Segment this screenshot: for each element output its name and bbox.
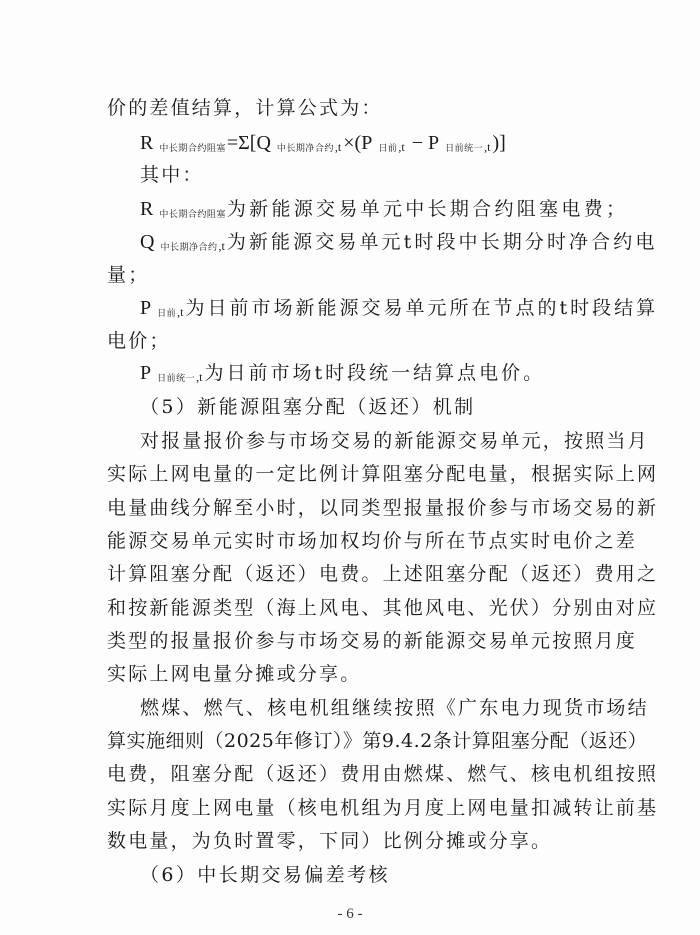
formula-symbol-p: P (361, 132, 372, 154)
definition-symbol: P (140, 297, 151, 319)
paragraph-line: 算实施细则（2025年修订）》第9.4.2条计算阻塞分配（返还） (107, 729, 595, 753)
definition-subscript-t: ,t (218, 239, 224, 253)
paragraph-line: 实际上网电量的一定比例计算阻塞分配电量，根据实际上网 (107, 462, 595, 486)
definition-subscript: 中长期合约阻塞 (159, 210, 226, 220)
definition-p-dayahead: P日前,t为日前市场新能源交易单元所在节点的t时段结算 (140, 296, 630, 326)
definition-text: 为日前市场新能源交易单元所在节点的t时段结算 (185, 297, 658, 319)
formula-subscript: 日前统一 (445, 144, 483, 154)
page-number: - 6 - (0, 906, 700, 923)
section-heading-6: （6）中长期交易偏差考核 (140, 863, 630, 887)
formula-operator: − (407, 132, 428, 154)
definition-subscript-t: ,t (196, 370, 202, 384)
formula-subscript-t: ,t (335, 140, 341, 154)
definition-p-unified: P日前统一,t为日前市场t时段统一结算点电价。 (140, 361, 630, 391)
paragraph-line: 能源交易单元实时市场加权均价与所在节点实时电价之差 (107, 529, 595, 553)
definition-symbol: R (140, 198, 153, 220)
formula-subscript-t: ,t (398, 140, 404, 154)
definition-symbol: Q (140, 231, 154, 253)
paragraph-line: 计算阻塞分配（返还）电费。上述阻塞分配（返还）费用之 (107, 562, 595, 586)
formula-subscript: 中长期合约阻塞 (159, 144, 226, 154)
text-line: 其中： (140, 163, 630, 187)
paragraph-line: 燃煤、燃气、核电机组继续按照《广东电力现货市场结 (140, 696, 597, 720)
formula-symbol-r: R (140, 132, 153, 154)
text-line: 电价； (107, 329, 597, 353)
formula-operator: )] (492, 132, 505, 154)
text-line: 价的差值结算，计算公式为： (107, 96, 347, 120)
paragraph-line: 类型的报量报价参与市场交易的新能源交易单元按照月度 (107, 629, 595, 653)
definition-text: 为日前市场t时段统一结算点电价。 (204, 362, 545, 384)
formula-subscript: 日前 (378, 144, 397, 154)
definition-text: 为新能源交易单元中长期合约阻塞电费； (227, 198, 628, 220)
definition-subscript: 中长期净合约 (160, 243, 217, 253)
paragraph-line: 电费，阻塞分配（返还）费用由燃煤、燃气、核电机组按照 (107, 762, 595, 786)
definition-text: 为新能源交易单元t时段中长期分时净合约电 (227, 231, 658, 253)
document-page: 价的差值结算，计算公式为： R中长期合约阻塞=Σ[Q中长期净合约,t×(P日前,… (0, 0, 700, 935)
formula-operator: =Σ[ (227, 132, 257, 154)
formula-subscript-t: ,t (484, 140, 490, 154)
text-line: 量； (107, 263, 597, 287)
definition-q: Q中长期净合约,t为新能源交易单元t时段中长期分时净合约电 (140, 230, 630, 260)
formula-operator: ×( (343, 132, 361, 154)
formula-symbol-p: P (428, 132, 439, 154)
formula-symbol-q: Q (256, 132, 270, 154)
paragraph-line: 和按新能源类型（海上风电、其他风电、光伏）分别由对应 (107, 596, 595, 620)
section-heading-5: （5）新能源阻塞分配（返还）机制 (140, 395, 630, 419)
paragraph-line: 对报量报价参与市场交易的新能源交易单元，按照当月 (140, 429, 597, 453)
paragraph-line: 实际上网电量分摊或分享。 (107, 662, 597, 686)
paragraph-line: 实际月度上网电量（核电机组为月度上网电量扣减转让前基 (107, 796, 595, 820)
paragraph-line: 数电量，为负时置零，下同）比例分摊或分享。 (107, 829, 597, 853)
definition-subscript: 日前统一 (157, 374, 195, 384)
formula-congestion-fee: R中长期合约阻塞=Σ[Q中长期净合约,t×(P日前,t − P日前统一,t)] (140, 131, 630, 161)
paragraph-line: 电量曲线分解至小时，以同类型报量报价参与市场交易的新 (107, 496, 595, 520)
definition-subscript-t: ,t (177, 305, 183, 319)
definition-r: R中长期合约阻塞为新能源交易单元中长期合约阻塞电费； (140, 197, 630, 227)
definition-symbol: P (140, 362, 151, 384)
formula-subscript: 中长期净合约 (277, 144, 334, 154)
definition-subscript: 日前 (157, 309, 176, 319)
